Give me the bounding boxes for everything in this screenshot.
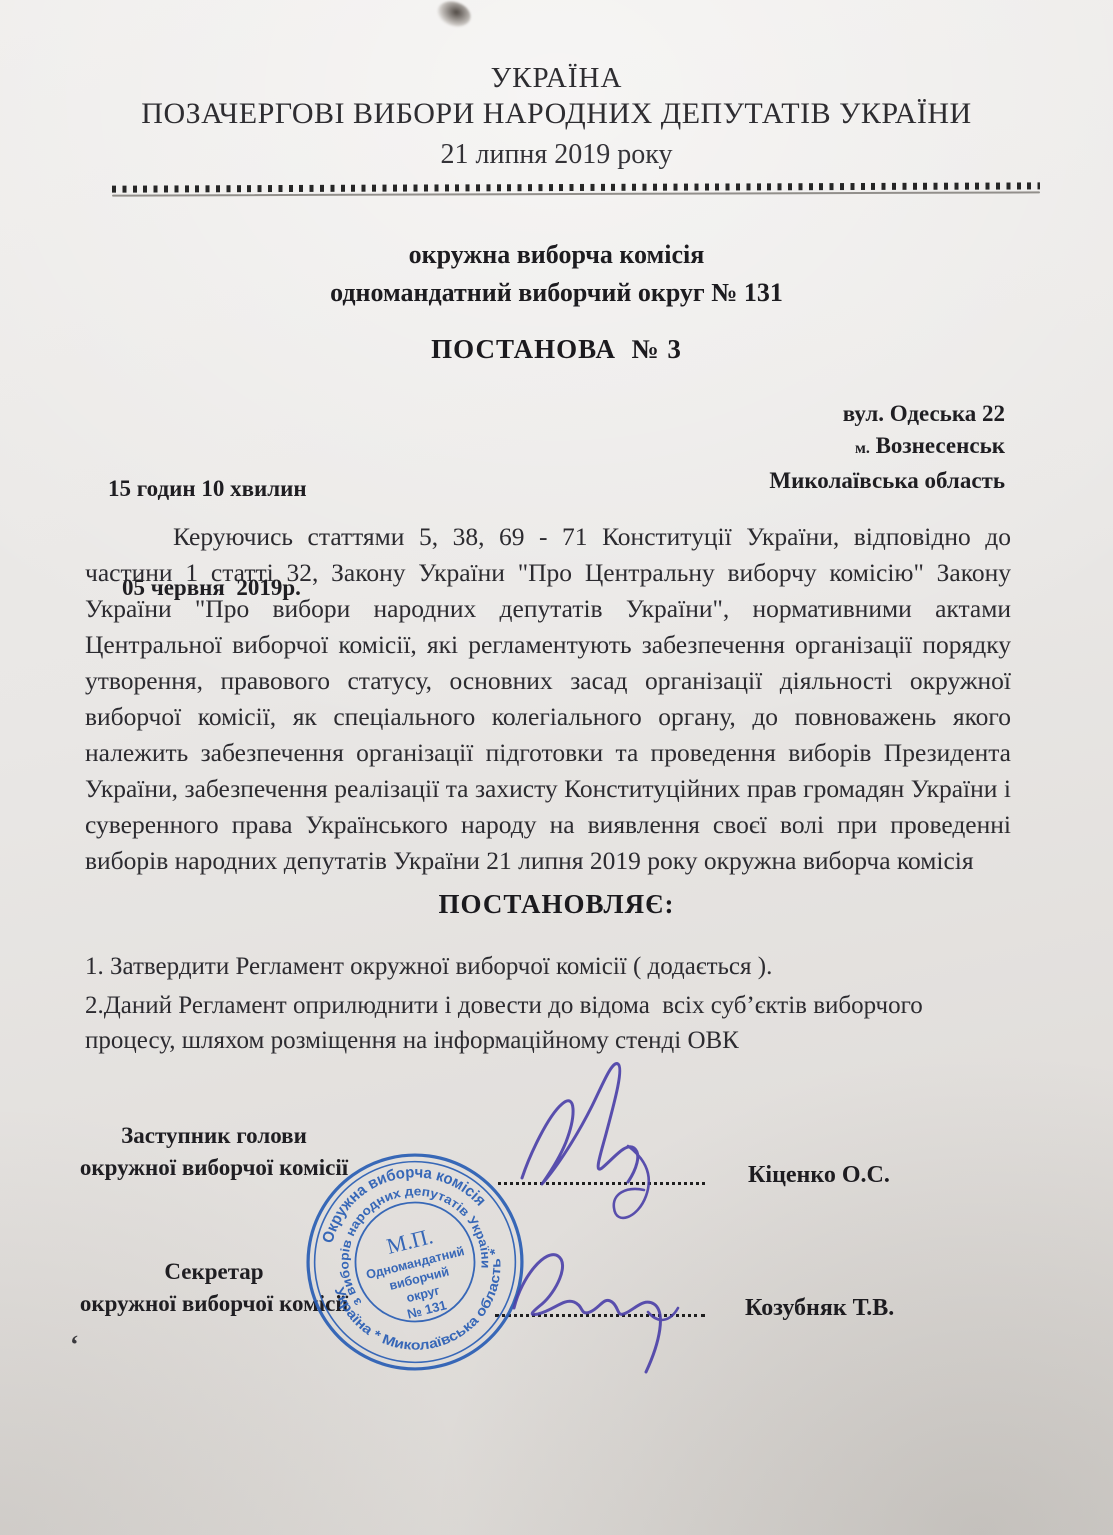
signature-name-kitsenko: Кіценко О.С.	[748, 1162, 890, 1189]
handwritten-signature-2	[498, 1220, 723, 1385]
address-block: вул. Одеська 22 м. Вознесенськ Миколаївс…	[769, 398, 1005, 497]
address-city-prefix: м.	[855, 440, 870, 457]
staple-smudge-mark	[434, 0, 474, 31]
separator-rule	[112, 191, 1040, 196]
header-country: УКРАЇНА	[0, 62, 1113, 95]
address-region: Миколаївська область	[769, 465, 1005, 497]
address-city: м. Вознесенськ	[769, 430, 1005, 465]
meeting-time: 15 годин 10 хвилин	[108, 472, 307, 505]
dotted-separator	[112, 182, 1040, 196]
signature-name-kozubnyak: Козубняк Т.В.	[745, 1295, 894, 1322]
address-city-name: Вознесенськ	[870, 433, 1005, 458]
header-title: ПОЗАЧЕРГОВІ ВИБОРИ НАРОДНИХ ДЕПУТАТІВ УК…	[0, 97, 1113, 131]
commission-name: окружна виборча комісія	[0, 240, 1113, 270]
role1-line1: Заступник голови	[64, 1120, 364, 1152]
resolves-heading: ПОСТАНОВЛЯЄ:	[0, 889, 1113, 920]
resolution-body-paragraph: Керуючись статтями 5, 38, 69 - 71 Консти…	[85, 519, 1011, 879]
header-date: 21 липня 2019 року	[0, 139, 1113, 171]
resolution-item-2: 2.Даний Регламент оприлюднити і довести …	[85, 988, 1050, 1058]
address-street: вул. Одеська 22	[769, 398, 1005, 430]
commission-district: одномандатний виборчий округ № 131	[0, 278, 1113, 308]
resolution-item-1: 1. Затвердити Регламент окружної виборчо…	[85, 953, 1045, 981]
stray-apostrophe-mark: ‘	[70, 1330, 79, 1360]
document-page: УКРАЇНА ПОЗАЧЕРГОВІ ВИБОРИ НАРОДНИХ ДЕПУ…	[0, 0, 1113, 1535]
resolution-title: ПОСТАНОВА № 3	[0, 334, 1113, 365]
